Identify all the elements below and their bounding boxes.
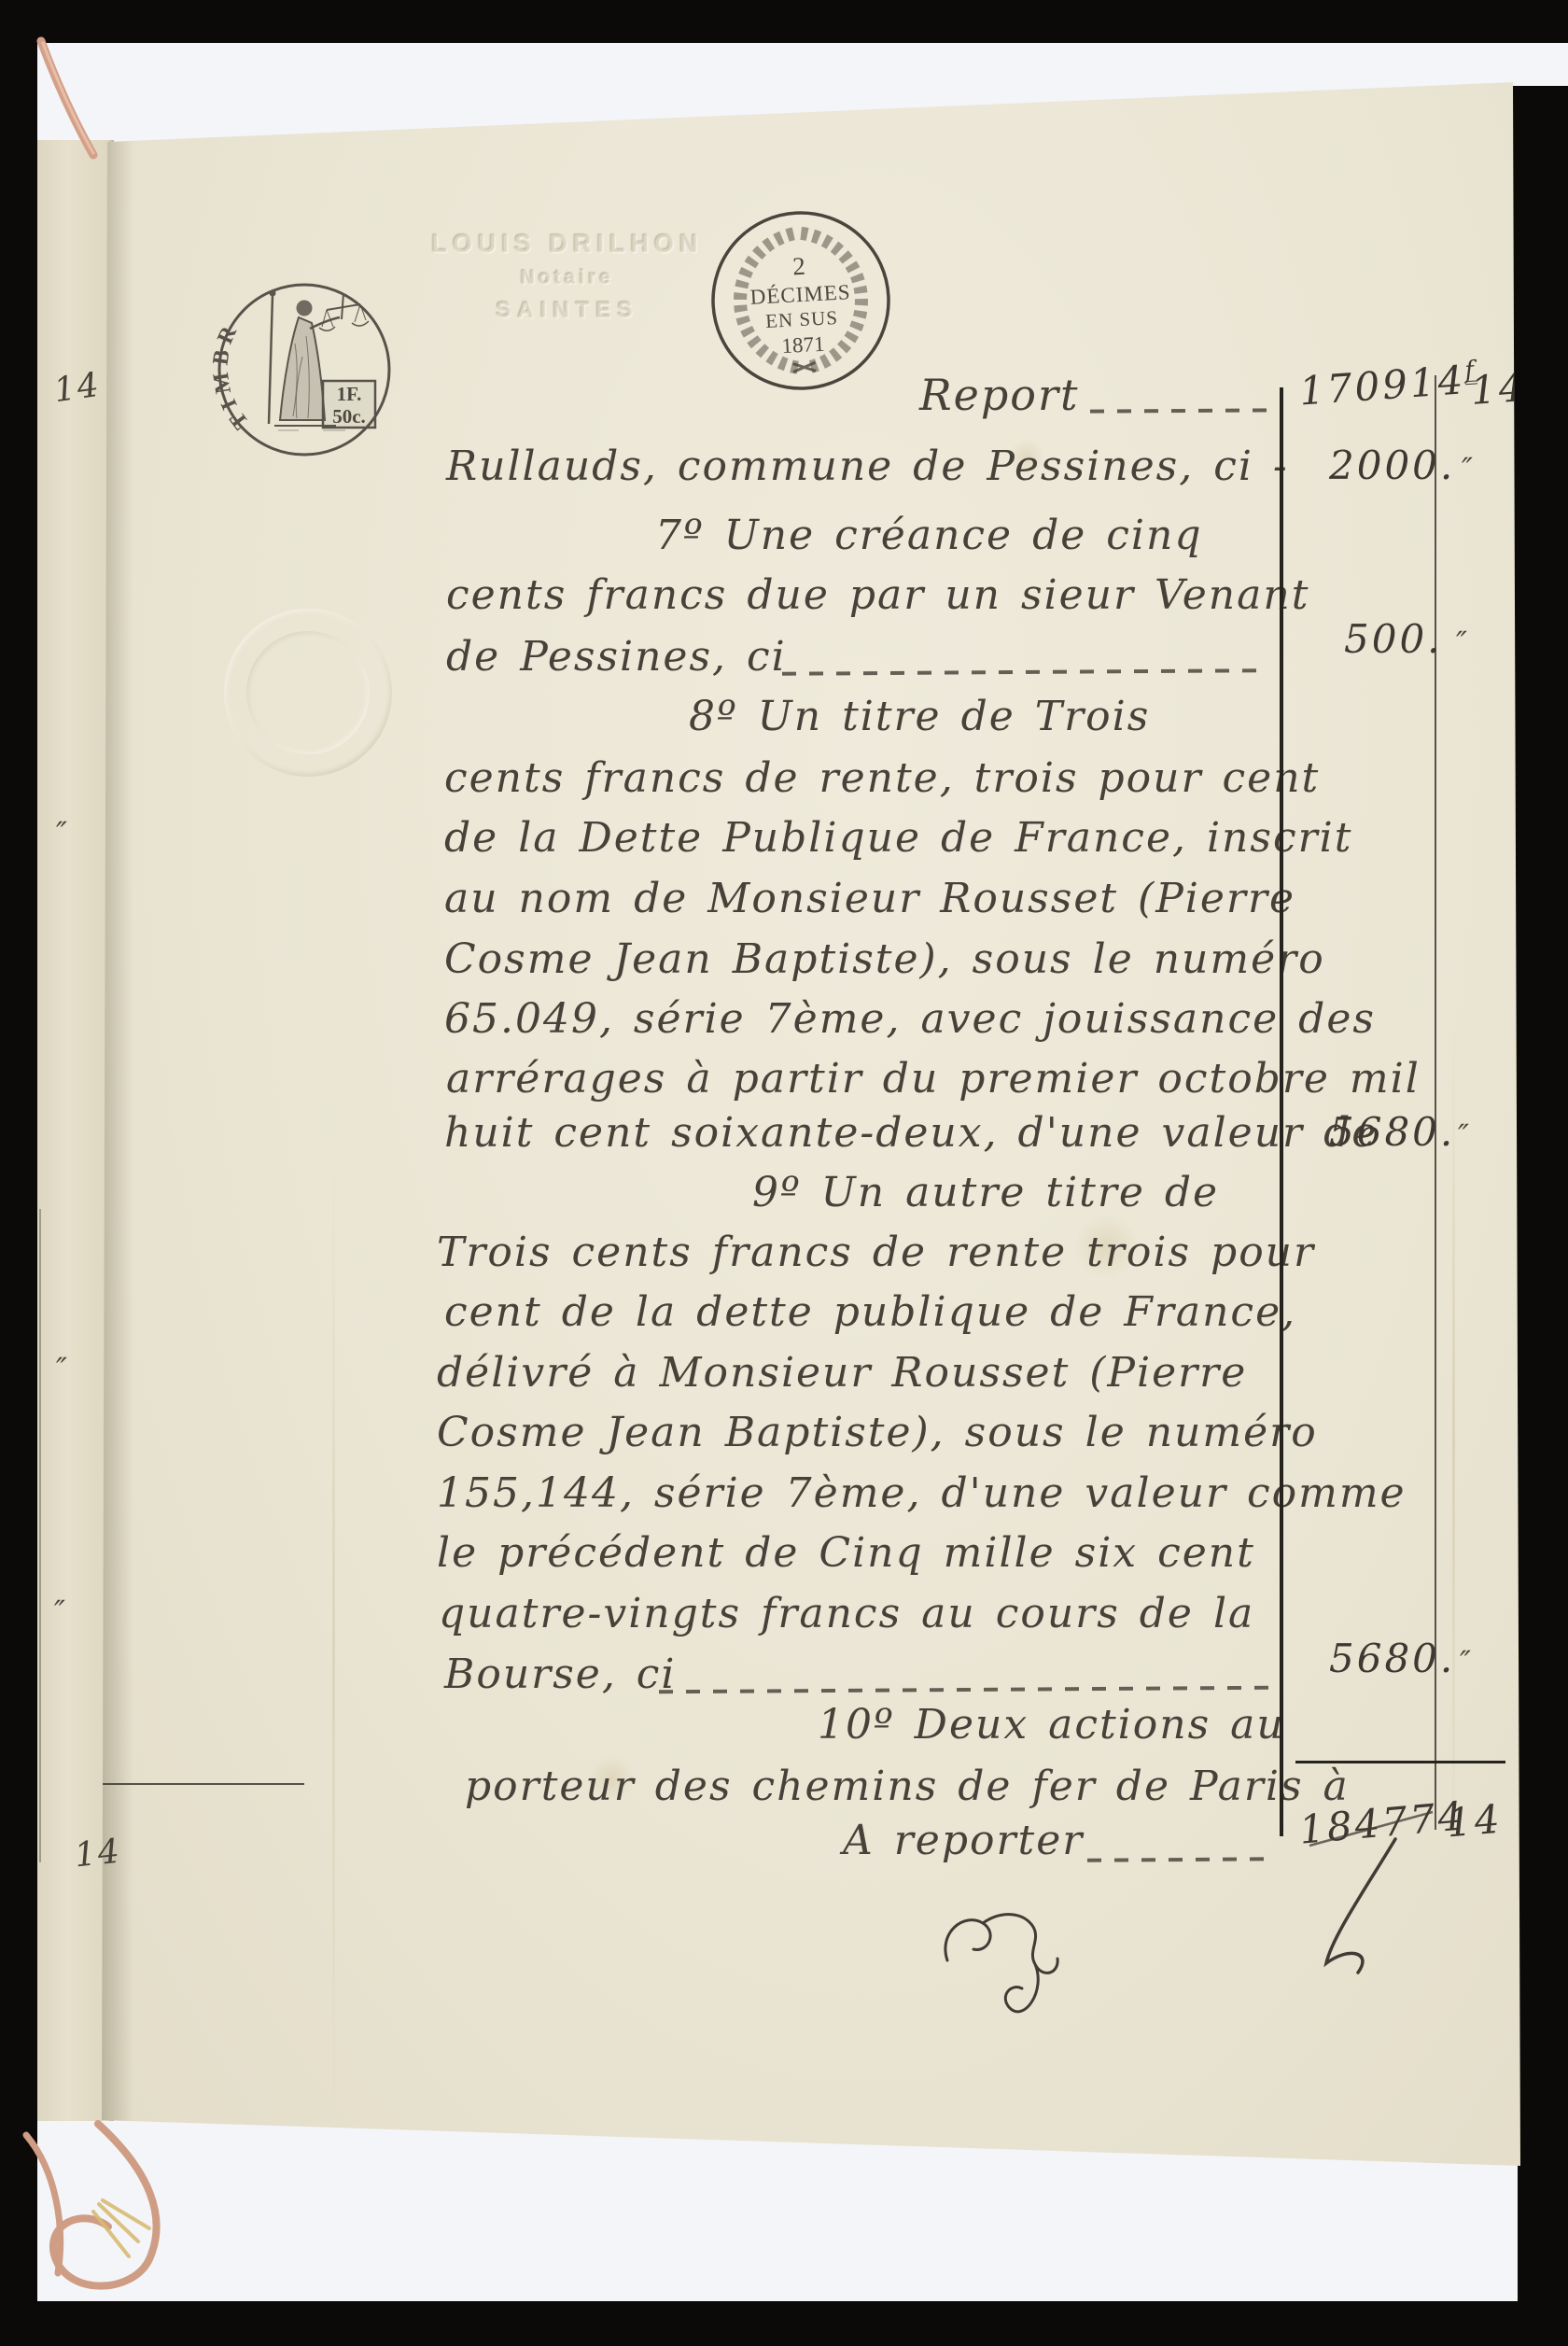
manuscript-line: le précédent de Cinq mille six cent: [437, 1533, 1255, 1574]
binding-thread-top: [28, 34, 121, 174]
svg-text:EN SUS: EN SUS: [765, 306, 839, 332]
page-crease-vertical: [332, 1167, 335, 2119]
amount-value: 5680.: [1329, 1639, 1455, 1679]
dash-leader: [782, 668, 1263, 676]
manuscript-line: Bourse, ci: [444, 1654, 677, 1695]
manuscript-line: quatre-vingts francs au cours de la: [439, 1594, 1254, 1635]
manuscript-line: de la Dette Publique de France, inscrit: [444, 818, 1352, 859]
manuscript-line: Rullauds, commune de Pessines, ci -: [446, 446, 1289, 487]
manuscript-line: Trois cents francs de rente trois pour: [437, 1232, 1315, 1273]
margin-ditto-mark: ″: [56, 1354, 67, 1384]
embossed-notary-title: Notaire: [418, 267, 717, 289]
amount-report-centimes: 14: [1470, 368, 1528, 411]
amount-value: 500.: [1344, 620, 1443, 659]
manuscript-line: au nom de Monsieur Rousset (Pierre: [444, 878, 1295, 920]
blind-embossed-seal-inner: [246, 631, 370, 754]
dash-leader: [1090, 408, 1273, 413]
ditto-mark: ″: [1460, 1647, 1471, 1677]
margin-ditto-mark: ″: [54, 1596, 65, 1626]
justice-figure-icon: TIMBRE 1F.: [213, 278, 396, 461]
manuscript-line: porteur des chemins de fer de Paris à: [465, 1766, 1350, 1807]
amount-report: 170914f: [1298, 359, 1478, 411]
svg-text:DÉCIMES: DÉCIMES: [749, 280, 851, 309]
manuscript-line: 7º Une créance de cinq: [655, 515, 1202, 556]
svg-text:1F.: 1F.: [337, 383, 362, 405]
manuscript-line: 155,144, série 7ème, d'une valeur comme: [437, 1473, 1407, 1514]
manuscript-line: 9º Un autre titre de: [752, 1173, 1219, 1214]
manuscript-line: 10º Deux actions au: [818, 1705, 1285, 1746]
under-page-margin-line: [39, 1209, 41, 1862]
laurel-wreath-icon: 2 DÉCIMES EN SUS 1871: [707, 207, 894, 394]
svg-text:1871: 1871: [781, 332, 825, 358]
manuscript-line: arrérages à partir du premier octobre mi…: [446, 1059, 1421, 1100]
total-flourish: [1293, 1797, 1517, 1984]
manuscript-line: 65.049, série 7ème, avec jouissance des: [444, 999, 1376, 1040]
timbre-stamp: TIMBRE 1F.: [213, 278, 396, 461]
manuscript-line: cent de la dette publique de France,: [444, 1292, 1296, 1333]
margin-carry-total: 14: [73, 1834, 122, 1873]
total-sum-rule: [1295, 1761, 1505, 1763]
under-page-edge: [37, 140, 114, 2121]
svg-text:50c.: 50c.: [332, 405, 366, 428]
decimes-stamp: 2 DÉCIMES EN SUS 1871: [707, 207, 894, 394]
manuscript-line: 8º Un titre de Trois: [689, 696, 1150, 738]
manuscript-line: huit cent soixante-deux, d'une valeur de: [444, 1113, 1378, 1154]
svg-text:TIMBRE: TIMBRE: [213, 278, 254, 433]
dash-leader: [659, 1686, 1271, 1694]
margin-ditto-mark: ″: [56, 818, 67, 848]
backdrop-top-strip: [37, 43, 1568, 86]
ditto-mark: ″: [1456, 627, 1467, 657]
column-rule-centimes: [1435, 375, 1436, 1830]
manuscript-line: Report: [919, 373, 1079, 416]
dash-leader: [1087, 1857, 1272, 1861]
embossed-notary-city: SAINTES: [418, 298, 717, 324]
svg-text:2: 2: [792, 252, 806, 281]
binding-thread-bottom: [9, 2114, 233, 2329]
manuscript-line: cents francs de rente, trois pour cent: [444, 758, 1320, 799]
amount-value: 2000.: [1329, 446, 1455, 485]
embossed-notary-stamp: LOUIS DRILHON Notaire SAINTES: [418, 230, 717, 324]
blind-embossed-seal: [224, 609, 392, 777]
manuscript-line: délivré à Monsieur Rousset (Pierre: [437, 1353, 1247, 1394]
embossed-notary-name: LOUIS DRILHON: [418, 230, 717, 259]
archival-document-photo: LOUIS DRILHON Notaire SAINTES TIMBRE: [0, 0, 1568, 2346]
manuscript-line: cents francs due par un sieur Venant: [446, 575, 1309, 616]
ditto-mark: ″: [1462, 454, 1473, 484]
manuscript-line: Cosme Jean Baptiste), sous le numéro: [444, 939, 1325, 980]
margin-page-total: 14: [52, 369, 103, 409]
notary-paraph: [919, 1895, 1125, 2035]
ditto-mark: ″: [1458, 1120, 1469, 1150]
manuscript-line: de Pessines, ci: [446, 637, 787, 678]
manuscript-line: A reporter: [843, 1820, 1084, 1861]
amount-value: 170914: [1297, 357, 1466, 414]
manuscript-line: Cosme Jean Baptiste), sous le numéro: [437, 1412, 1318, 1454]
column-rule-main: [1280, 387, 1283, 1836]
manuscript-page: LOUIS DRILHON Notaire SAINTES TIMBRE: [0, 0, 1568, 2346]
amount-value: 5680.: [1329, 1113, 1455, 1152]
